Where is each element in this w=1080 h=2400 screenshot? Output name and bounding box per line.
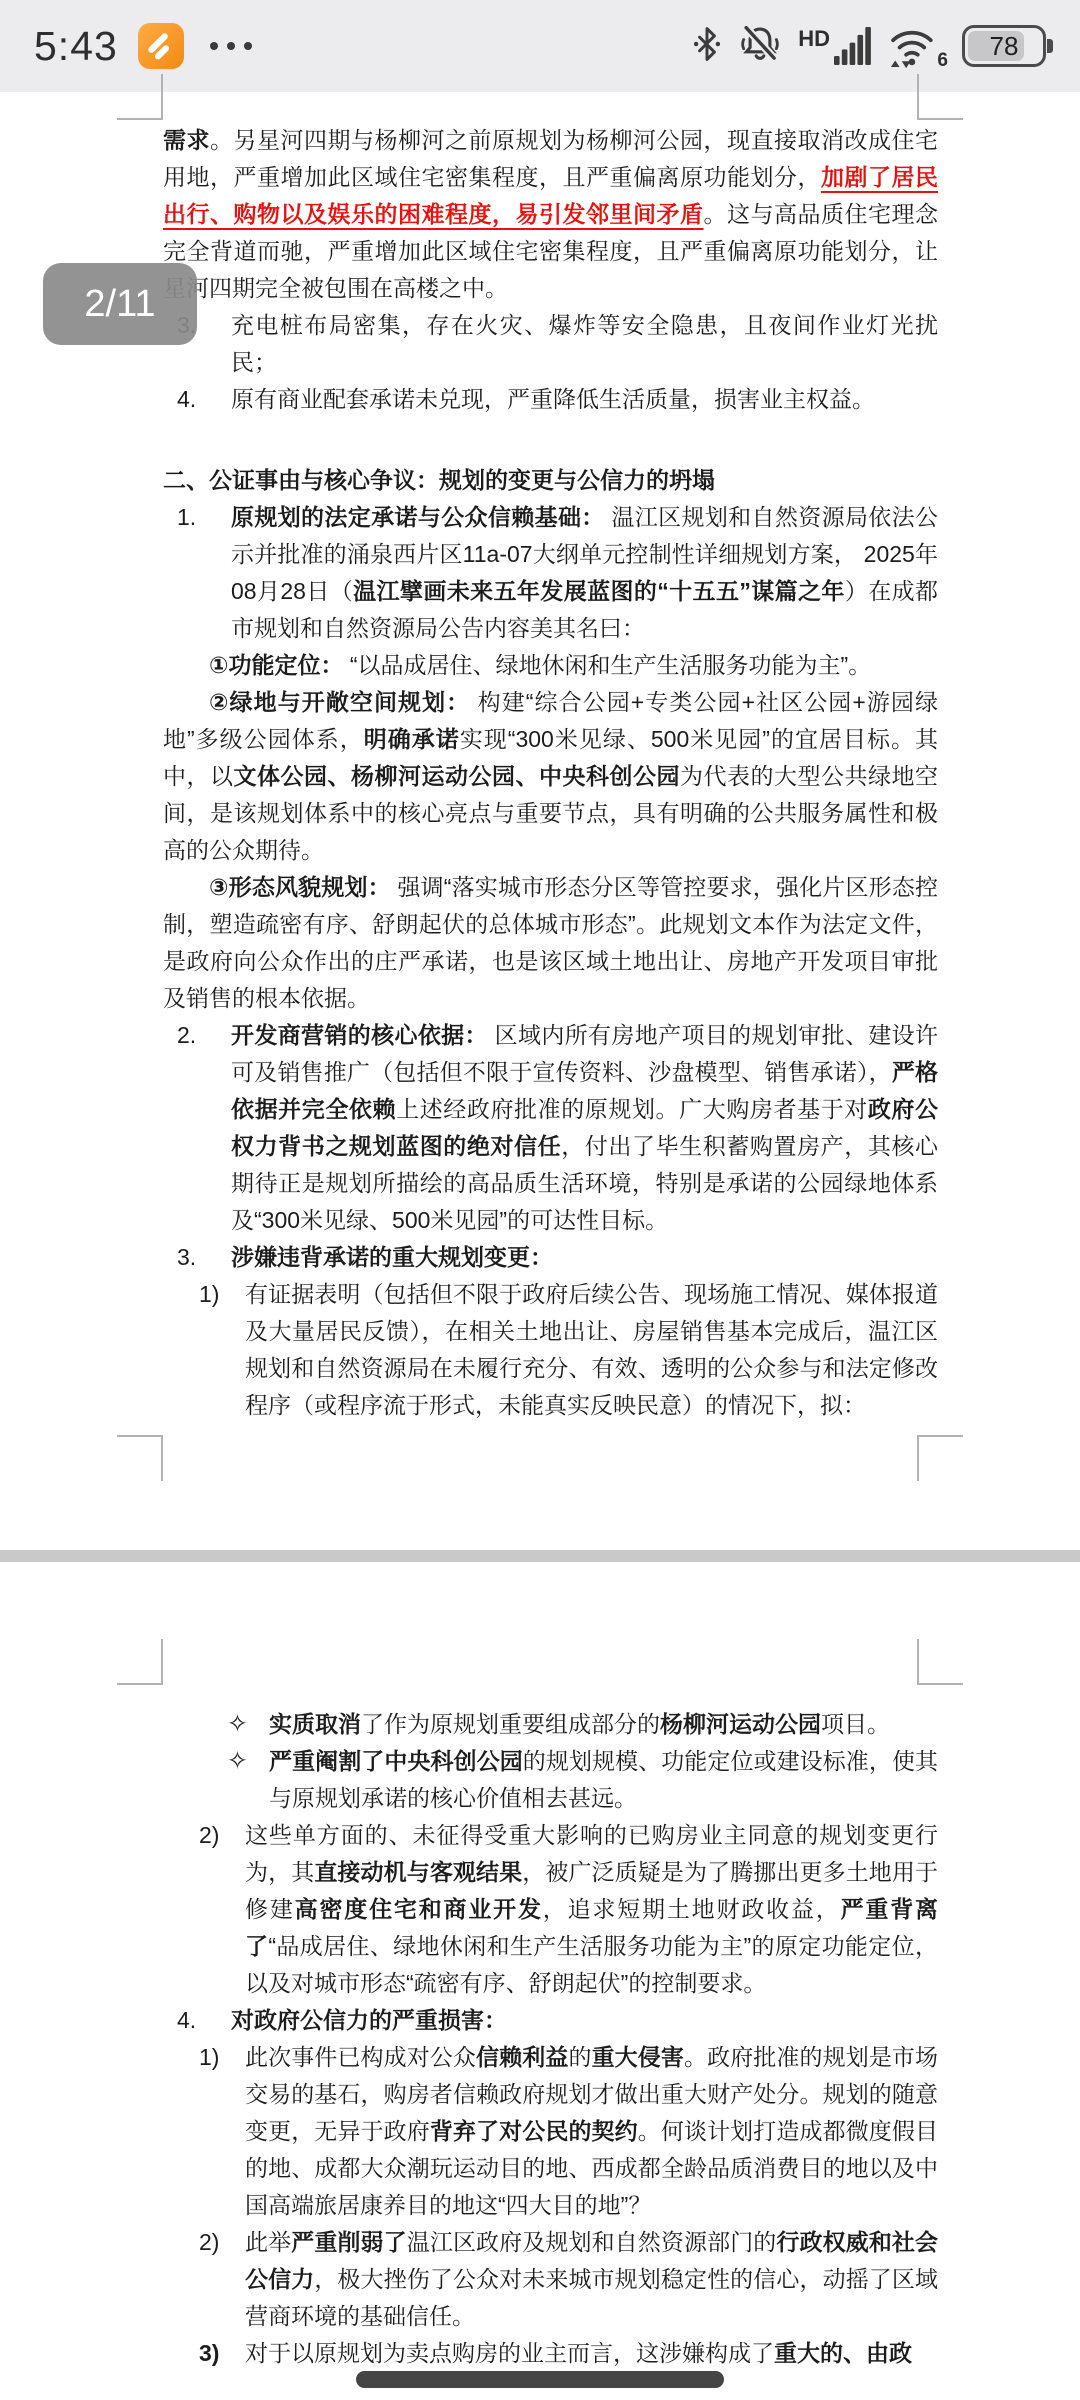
- doc-text-run: 开发商营销的核心依据：: [231, 1022, 488, 1048]
- doc-block-sub: 1)此次事件已构成对公众信赖利益的重大侵害。政府批准的规划是市场交易的基石，购房…: [163, 2039, 938, 2224]
- list-marker: 4.: [177, 381, 196, 418]
- doc-text-run: 实质取消: [269, 1711, 361, 1737]
- page-margin-mark: [917, 74, 963, 120]
- doc-block-circled: ③形态风貌规划： 强调“落实城市形态分区等管控要求，强化片区形态控制，塑造疏密有…: [163, 869, 938, 1017]
- notification-app-icon: [138, 23, 184, 69]
- document-page-next: ✧实质取消了作为原规划重要组成部分的杨柳河运动公园项目。✧严重阉割了中央科创公园…: [163, 1706, 938, 2400]
- doc-block-num: 2.开发商营销的核心依据： 区域内所有房地产项目的规划审批、建设许可及销售推广（…: [163, 1017, 938, 1239]
- doc-block-num: 1.原规划的法定承诺与公众信赖基础： 温江区规划和自然资源局依法公示并批准的涌泉…: [163, 499, 938, 647]
- doc-text-run: 严重阉割了: [269, 1748, 384, 1774]
- list-marker: 3.: [177, 1239, 196, 1276]
- doc-text-run: 重大的、由政: [774, 2340, 912, 2366]
- page-margin-mark: [117, 74, 163, 120]
- doc-text-run: 充电桩布局密集，存在火灾、爆炸等安全隐患，且夜间作业灯光扰民；: [231, 312, 938, 375]
- doc-text-run: 原有商业配套承诺未兑现，严重降低生活质量，损害业主权益。: [231, 386, 875, 412]
- document-page-current: 需求。另星河四期与杨柳河之前原规划为杨柳河公园，现直接取消改成住宅用地，严重增加…: [163, 122, 938, 1424]
- doc-text-run: 有证据表明（包括但不限于政府后续公告、现场施工情况、媒体报道及大量居民反馈），在…: [245, 1281, 938, 1418]
- doc-block-sub: 2)此举严重削弱了温江区政府及规划和自然资源部门的行政权威和社会公信力，极大挫伤…: [163, 2224, 938, 2335]
- list-marker: 2): [199, 2224, 219, 2261]
- page-indicator-badge: 2/11: [43, 263, 197, 345]
- striped-logo-icon: [141, 26, 181, 66]
- doc-text-run: ②绿地与开敞空间规划：: [209, 689, 470, 715]
- doc-text-run: 信赖利益: [476, 2044, 568, 2070]
- doc-block-sub: 1)有证据表明（包括但不限于政府后续公告、现场施工情况、媒体报道及大量居民反馈）…: [163, 1276, 938, 1424]
- doc-block-num: 3.充电桩布局密集，存在火灾、爆炸等安全隐患，且夜间作业灯光扰民；: [163, 307, 938, 381]
- doc-block-num: 4.对政府公信力的严重损害：: [163, 2002, 938, 2039]
- list-marker: 1): [199, 1276, 219, 1313]
- doc-text-run: 二、公证事由与核心争议：规划的变更与公信力的坍塌: [163, 467, 715, 493]
- doc-text-run: 中央科创公园: [384, 1748, 522, 1774]
- mute-vibrate-icon: [738, 22, 782, 71]
- bluetooth-icon: [692, 23, 722, 70]
- page-margin-mark: [917, 1435, 963, 1481]
- list-marker: ✧: [227, 1743, 248, 1780]
- doc-text-run: “品成居住、绿地休闲和生产生活服务功能为主”的原定功能定位，以及对城市形态“疏密…: [245, 1933, 938, 1996]
- doc-block-circled: ①功能定位： “以品成居住、绿地休闲和生产生活服务功能为主”。: [163, 647, 938, 684]
- doc-text-run: ，追求短期土地财政收益，: [543, 1896, 841, 1922]
- doc-text-run: 高密度住宅和商业开发: [295, 1896, 543, 1922]
- doc-text-run: 明确承诺: [364, 726, 460, 752]
- clock: 5:43: [34, 23, 118, 70]
- doc-text-run: 上述经政府批准的原规划。广大购房者基于对: [396, 1096, 868, 1122]
- doc-block-circled: ②绿地与开敞空间规划： 构建“综合公园+专类公园+社区公园+游园绿地”多级公园体…: [163, 684, 938, 869]
- doc-block-heading: 二、公证事由与核心争议：规划的变更与公信力的坍塌: [163, 462, 938, 499]
- doc-text-run: 需求: [163, 127, 210, 153]
- doc-block-num: 3.涉嫌违背承诺的重大规划变更：: [163, 1239, 938, 1276]
- page-margin-mark: [117, 1639, 163, 1685]
- more-notifications-icon: [210, 42, 252, 50]
- list-marker: 1): [199, 2039, 219, 2076]
- wifi-generation-label: 6: [937, 50, 948, 72]
- doc-text-run: 原规划的法定承诺与公众信赖基础：: [231, 504, 605, 530]
- battery-icon: 78: [962, 25, 1046, 67]
- battery-tip: [1047, 39, 1053, 53]
- doc-text-run: 的: [568, 2044, 591, 2070]
- doc-text-run: ③形态风貌规划：: [209, 874, 391, 900]
- doc-text-run: 对政府公信力的严重损害：: [231, 2007, 507, 2033]
- page-separator: [0, 1550, 1080, 1562]
- doc-block-sub: 2)这些单方面的、未征得受重大影响的已购房业主同意的规划变更行为，其直接动机与客…: [163, 1817, 938, 2002]
- doc-text-run: 温江擘画未来五年发展蓝图的“十五五”谋篇之年: [353, 578, 845, 604]
- doc-text-run: ①功能定位：: [209, 652, 343, 678]
- doc-block-num: 4.原有商业配套承诺未兑现，严重降低生活质量，损害业主权益。: [163, 381, 938, 418]
- doc-block-p: 需求。另星河四期与杨柳河之前原规划为杨柳河公园，现直接取消改成住宅用地，严重增加…: [163, 122, 938, 307]
- hd-voice-label: HD: [798, 28, 830, 50]
- list-marker: ✧: [227, 1706, 248, 1743]
- doc-text-run: 背弃了对公民的契约: [430, 2118, 638, 2144]
- doc-text-run: 此次事件已构成对公众: [245, 2044, 476, 2070]
- doc-text-run: “以品成居住、绿地休闲和生产生活服务功能为主”。: [343, 652, 871, 678]
- gesture-nav-handle[interactable]: [356, 2371, 724, 2388]
- doc-text-run: ，极大挫伤了公众对未来城市规划稳定性的信心，动摇了区域营商环境的基础信任。: [245, 2266, 938, 2329]
- doc-text-run: 对于以原规划为卖点购房的业主而言，这涉嫌构成了: [245, 2340, 774, 2366]
- cellular-signal-group: HD: [798, 26, 872, 66]
- signal-bars-icon: [834, 26, 872, 66]
- status-bar-right: HD 6: [692, 22, 1046, 71]
- doc-text-run: 重大侵害: [592, 2044, 684, 2070]
- doc-text-run: 此举: [245, 2229, 291, 2255]
- doc-text-run: 项目。: [821, 1711, 890, 1737]
- page-margin-mark: [917, 1639, 963, 1685]
- list-marker: 3): [199, 2335, 219, 2372]
- status-bar-left: 5:43: [34, 23, 252, 70]
- doc-text-run: 文体公园、杨柳河运动公园、中央科创公园: [234, 763, 681, 789]
- doc-block-diamond: ✧严重阉割了中央科创公园的规划规模、功能定位或建设标准，使其与原规划承诺的核心价…: [163, 1743, 938, 1817]
- doc-text-run: 温江区政府及规划和自然资源部门的: [407, 2229, 777, 2255]
- list-marker: 2): [199, 1817, 219, 1854]
- battery-percent: 78: [965, 28, 1043, 64]
- list-marker: 4.: [177, 2002, 196, 2039]
- doc-block-diamond: ✧实质取消了作为原规划重要组成部分的杨柳河运动公园项目。: [163, 1706, 938, 1743]
- doc-text-run: 杨柳河运动公园: [660, 1711, 821, 1737]
- doc-block-sub: 3)对于以原规划为卖点购房的业主而言，这涉嫌构成了重大的、由政: [163, 2335, 938, 2372]
- doc-text-run: 严重削弱了: [291, 2229, 407, 2255]
- page-margin-mark: [117, 1435, 163, 1481]
- doc-block-blank: [163, 418, 938, 462]
- wifi-icon: 6: [888, 22, 946, 70]
- list-marker: 1.: [177, 499, 196, 536]
- list-marker: 2.: [177, 1017, 196, 1054]
- doc-text-run: 了作为原规划重要组成部分的: [361, 1711, 660, 1737]
- doc-text-run: 直接动机与客观结果: [314, 1859, 522, 1885]
- doc-text-run: 涉嫌违背承诺的重大规划变更：: [231, 1244, 553, 1270]
- screen: 5:43: [0, 0, 1080, 2400]
